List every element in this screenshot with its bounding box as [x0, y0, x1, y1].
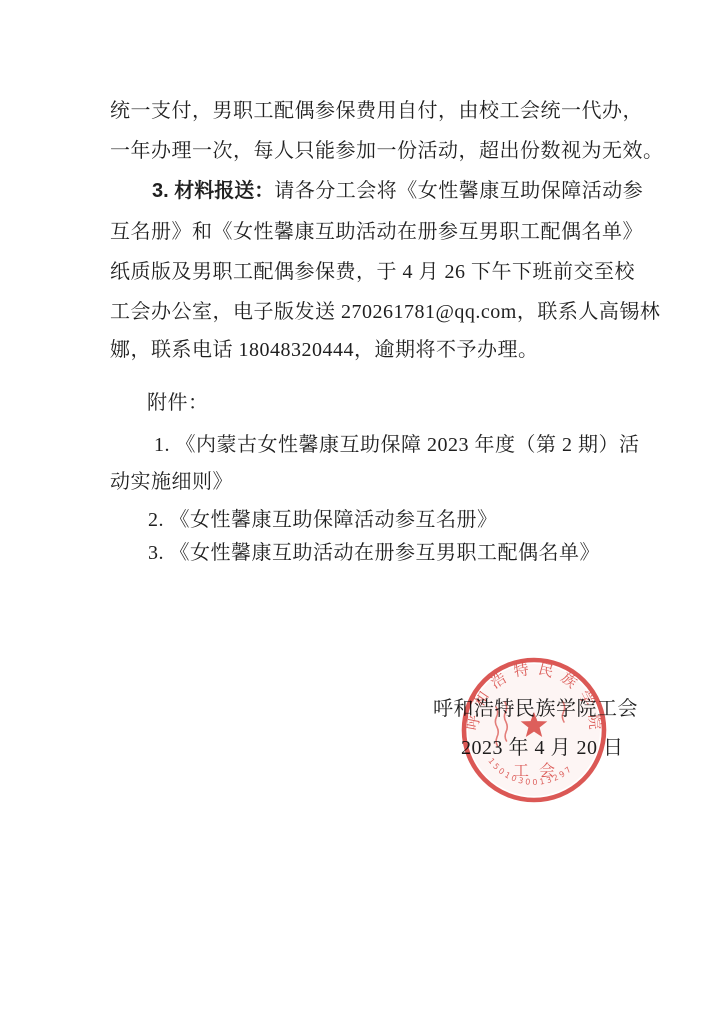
body-line-7: 娜，联系电话 18048320444，逾期将不予办理。 [110, 338, 539, 362]
body-line-6: 工会办公室，电子版发送 270261781@qq.com，联系人高锡林 [110, 300, 660, 324]
body-line-1: 统一支付，男职工配偶参保费用自付，由校工会统一代办， [110, 99, 643, 123]
section3-bold-label: 3. 材料报送： [152, 180, 274, 202]
attachment-item-1-line-2: 动实施细则》 [110, 470, 233, 494]
seal-bottom-text: 工会 [513, 762, 565, 780]
body-line-5: 纸质版及男职工配偶参保费，于 4 月 26 下午下班前交至校 [110, 260, 635, 284]
signature-date: 2023 年 4 月 20 日 [461, 736, 624, 760]
seal-serial-number: 1501030013297 [486, 756, 574, 787]
official-seal: 呼和浩特民族学院 工会 1501030013297 [459, 655, 609, 805]
official-seal-graphic: 呼和浩特民族学院 工会 1501030013297 [459, 655, 609, 805]
document-page: 统一支付，男职工配偶参保费用自付，由校工会统一代办， 一年办理一次，每人只能参加… [0, 0, 720, 1018]
section3-line1-rest: 请各分工会将《女性馨康互助保障活动参 [274, 180, 643, 202]
attachment-item-1-line-1: 1. 《内蒙古女性馨康互助保障 2023 年度（第 2 期）活 [154, 433, 640, 457]
body-line-3: 3. 材料报送：请各分工会将《女性馨康互助保障活动参 [152, 179, 643, 203]
seal-ink-wash [468, 664, 600, 796]
body-line-4: 互名册》和《女性馨康互助活动在册参互男职工配偶名单》 [110, 220, 643, 244]
attachment-item-3: 3. 《女性馨康互助活动在册参互男职工配偶名单》 [148, 541, 600, 565]
attachment-item-2: 2. 《女性馨康互助保障活动参互名册》 [148, 508, 498, 532]
body-line-2: 一年办理一次，每人只能参加一份活动，超出份数视为无效。 [110, 139, 664, 163]
attachments-label: 附件： [147, 391, 209, 415]
signature-organization: 呼和浩特民族学院工会 [433, 697, 638, 721]
seal-ring [464, 660, 604, 800]
seal-serial-holder: 1501030013297 [486, 756, 574, 787]
